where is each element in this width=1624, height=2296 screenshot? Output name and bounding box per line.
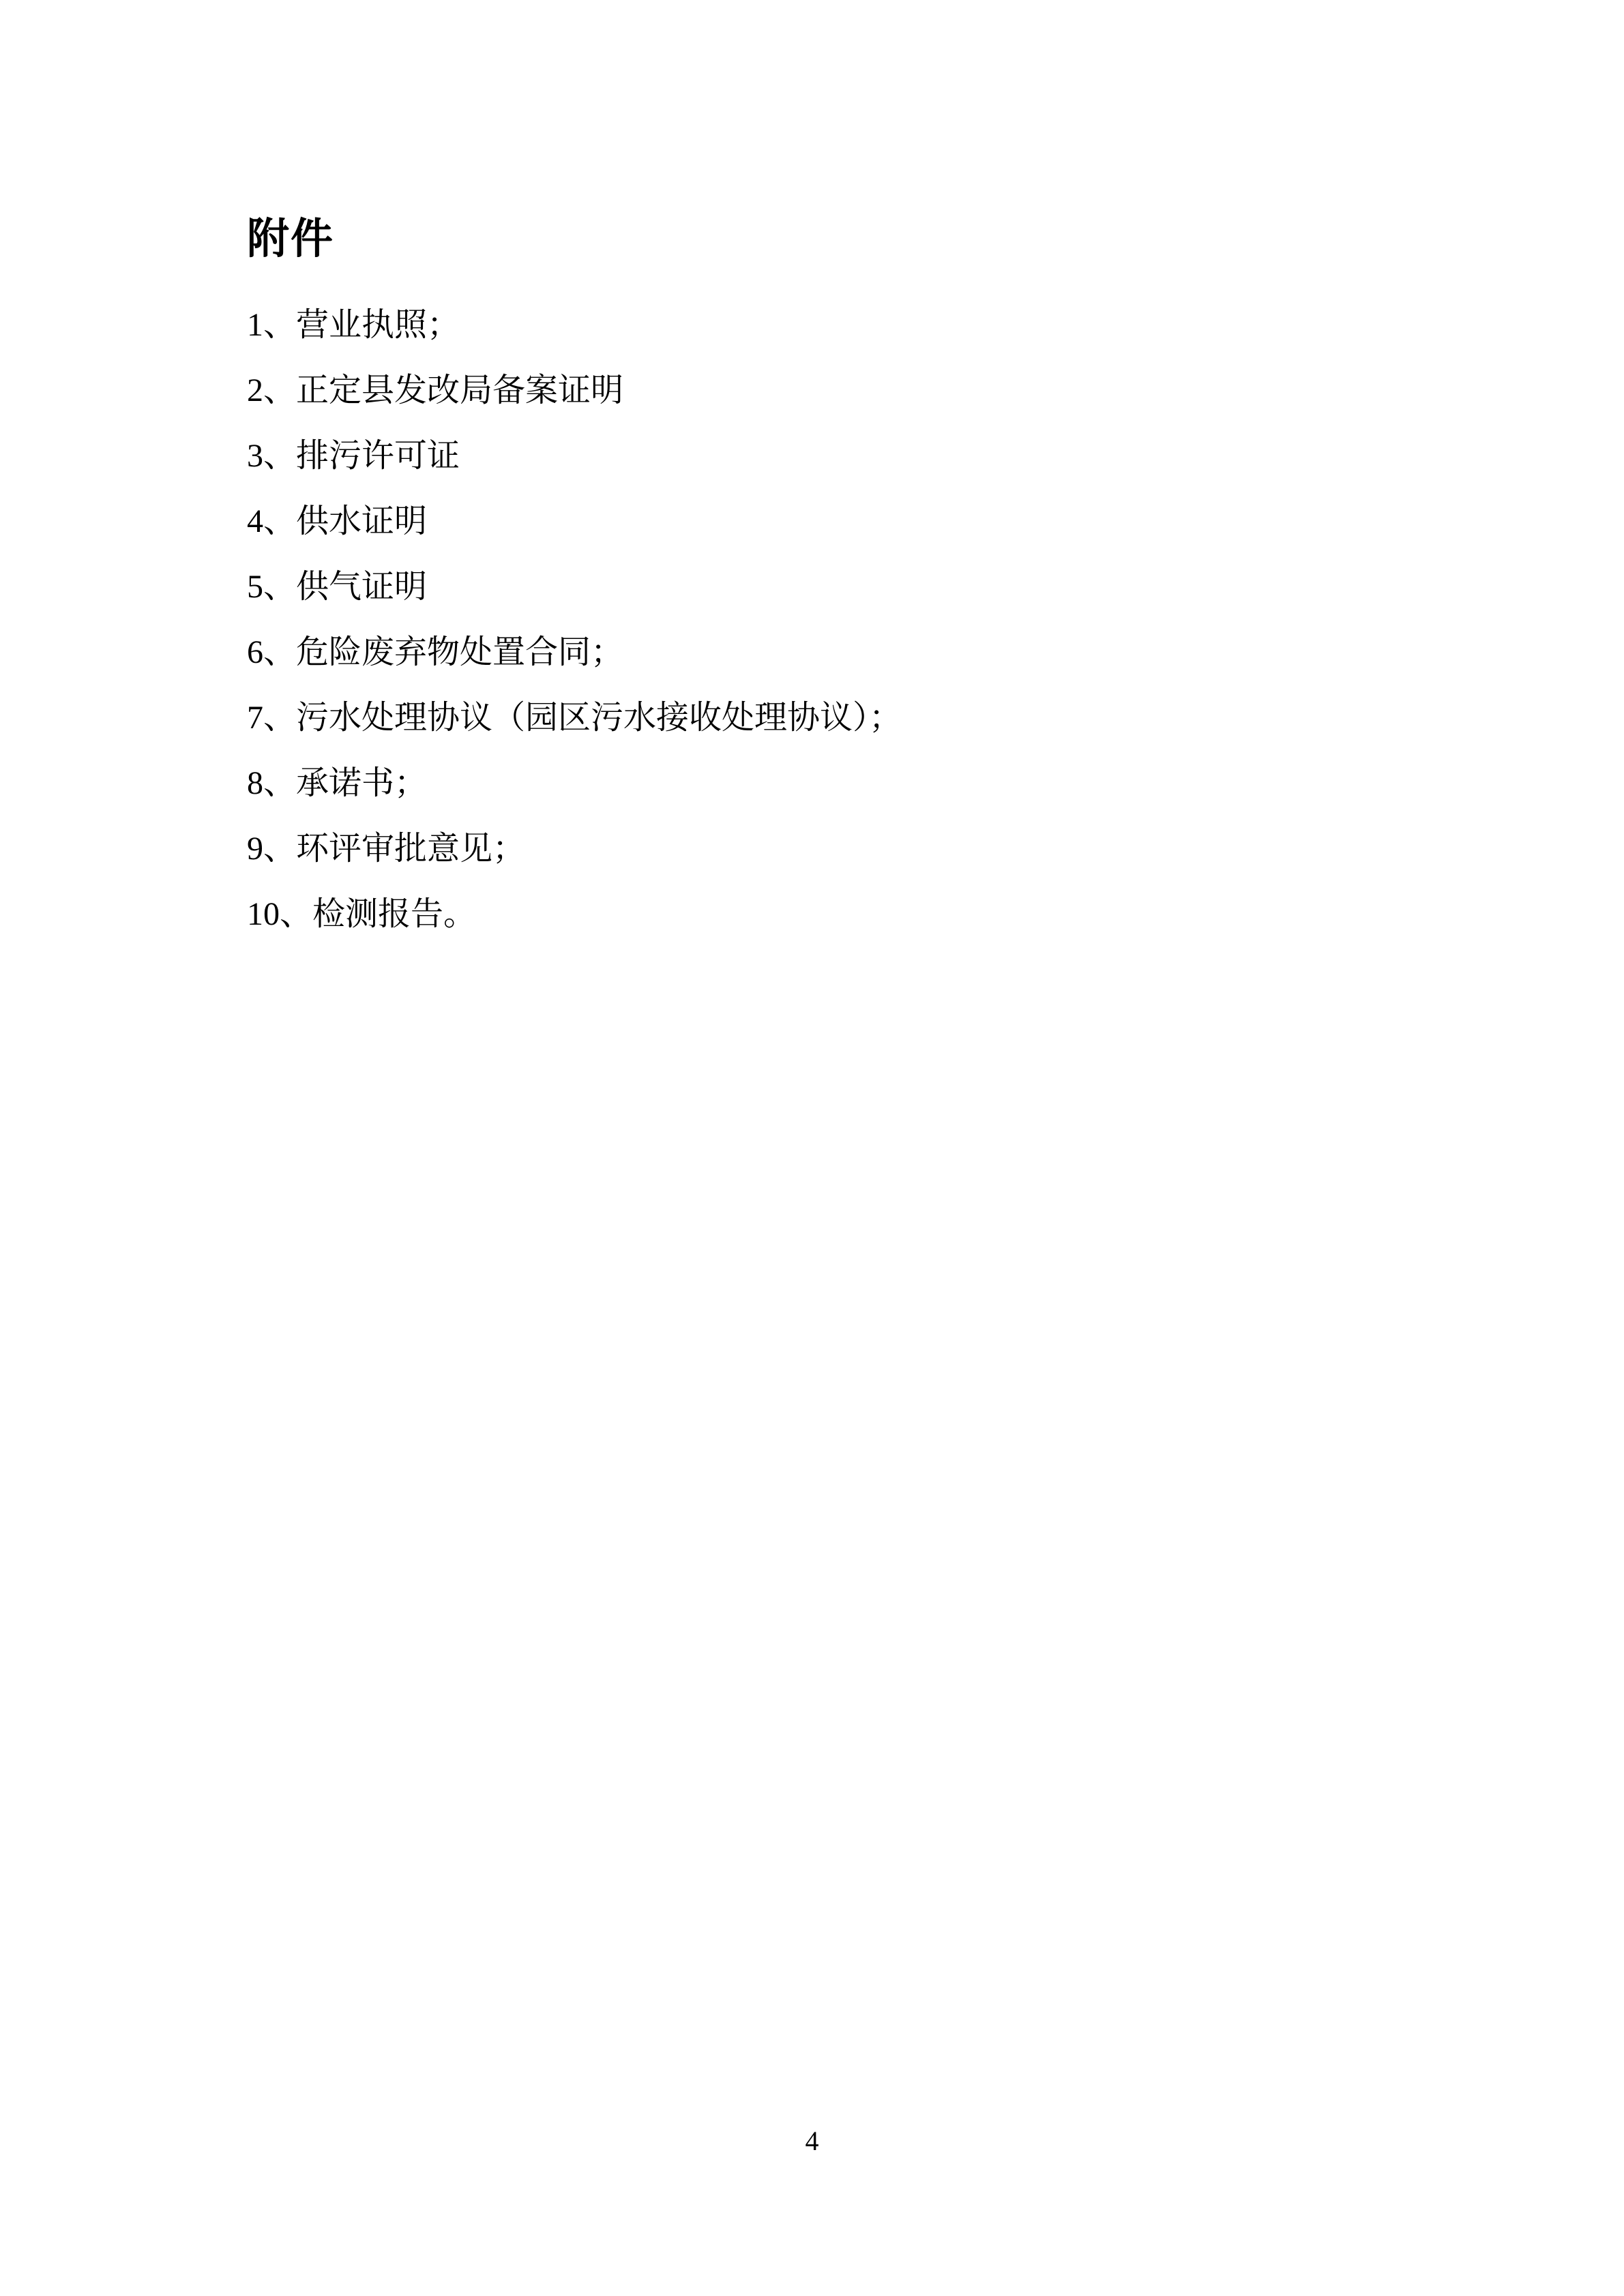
list-item: 6、危险废弃物处置合同； [247, 620, 902, 685]
list-item: 1、营业执照； [247, 293, 902, 358]
list-item: 5、供气证明 [247, 554, 902, 620]
list-item: 7、污水处理协议（园区污水接收处理协议）； [247, 685, 902, 751]
list-item: 2、正定县发改局备案证明 [247, 358, 902, 423]
attachment-list: 1、营业执照； 2、正定县发改局备案证明 3、排污许可证 4、供水证明 5、供气… [247, 293, 902, 947]
list-item: 3、排污许可证 [247, 423, 902, 489]
page-title: 附件 [247, 218, 334, 260]
list-item: 9、环评审批意见； [247, 816, 902, 882]
list-item: 8、承诺书； [247, 751, 902, 816]
list-item: 10、检测报告。 [247, 882, 902, 947]
document-page: 附件 1、营业执照； 2、正定县发改局备案证明 3、排污许可证 4、供水证明 5… [0, 0, 1624, 2296]
page-number: 4 [0, 2128, 1624, 2155]
list-item: 4、供水证明 [247, 489, 902, 554]
